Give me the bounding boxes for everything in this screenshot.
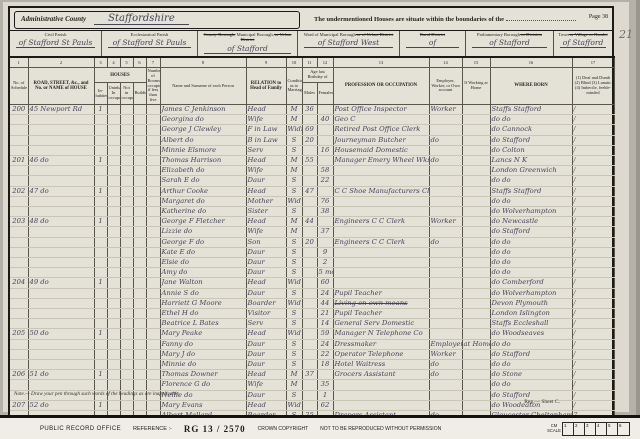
cell-inh	[94, 349, 107, 359]
cell-sched	[10, 125, 28, 135]
table-row: Florence G doWifeM35do do/	[10, 380, 614, 390]
cell-rooms	[146, 319, 160, 329]
cell-occ: Pupil Teacher	[333, 308, 429, 318]
cell-tick: /	[572, 196, 614, 206]
column-number: 16	[490, 57, 572, 68]
cell-ageM	[302, 268, 317, 278]
cell-emp	[429, 400, 462, 410]
cell-cond: S	[286, 339, 302, 349]
table-row: Katherine doSisterS38do Wolverhampton/	[10, 206, 614, 216]
cell-tick: /	[572, 288, 614, 298]
cell-rooms	[146, 155, 160, 165]
cell-sched: 203	[10, 217, 28, 227]
table-row: Beatrice L BatesServS14General Serv Dome…	[10, 319, 614, 329]
cell-rel: Sister	[246, 206, 286, 216]
cell-o5	[120, 359, 133, 369]
cell-tick: /	[572, 186, 614, 196]
cell-ageM	[302, 288, 317, 298]
cell-o5	[120, 380, 133, 390]
cell-sched: 205	[10, 329, 28, 339]
cell-o6	[133, 268, 146, 278]
cell-occ	[333, 380, 429, 390]
cell-o4	[107, 370, 120, 380]
column-number: 13	[333, 57, 429, 68]
cell-road	[28, 206, 94, 216]
cell-born: do do	[490, 196, 572, 206]
cell-ageM: 55	[302, 155, 317, 165]
cell-o4	[107, 115, 120, 125]
cell-emp	[429, 186, 462, 196]
cell-name: Mary J do	[160, 349, 246, 359]
cell-emp: do	[429, 370, 462, 380]
cell-o4	[107, 319, 120, 329]
cell-occ: Hotel Waitress	[333, 359, 429, 369]
cell-o4	[107, 145, 120, 155]
cell-o5	[120, 135, 133, 145]
cell-emp	[429, 145, 462, 155]
cell-name: Lizzie do	[160, 227, 246, 237]
cell-home	[462, 257, 490, 267]
cell-o4	[107, 288, 120, 298]
top-header-band: Administrative County Staffordshire The …	[10, 8, 612, 30]
cell-o6	[133, 349, 146, 359]
cell-cond: S	[286, 206, 302, 216]
cell-born: do do	[490, 176, 572, 186]
table-row: 20550 do1Mary PeakeHeadWid59Manager N Te…	[10, 329, 614, 339]
cell-occ	[333, 227, 429, 237]
cell-born: do Stafford	[490, 349, 572, 359]
cell-occ	[333, 257, 429, 267]
cell-cond: S	[286, 308, 302, 318]
cell-emp	[429, 257, 462, 267]
cell-emp	[429, 380, 462, 390]
cell-sched	[10, 196, 28, 206]
cell-tick: /	[572, 319, 614, 329]
cell-rel: Daur	[246, 359, 286, 369]
column-number: 2	[28, 57, 94, 68]
cell-name: Albert do	[160, 135, 246, 145]
column-number: 1	[10, 57, 28, 68]
cell-born: do do	[490, 380, 572, 390]
cell-rel: Head	[246, 400, 286, 410]
cell-occ: Pupil Teacher	[333, 288, 429, 298]
cell-cond: S	[286, 390, 302, 400]
admin-county-value: Staffordshire	[94, 13, 189, 25]
column-number: 10	[286, 57, 302, 68]
cell-ageF: 60	[317, 278, 333, 288]
cell-emp: Worker	[429, 104, 462, 114]
cell-o4	[107, 135, 120, 145]
cell-born: Lancs N K	[490, 155, 572, 165]
cell-emp	[429, 176, 462, 186]
cell-born: do Woodseaves	[490, 329, 572, 339]
cell-o4	[107, 268, 120, 278]
cell-o4	[107, 166, 120, 176]
cell-ageM	[302, 145, 317, 155]
cell-name: Mary Evans	[160, 400, 246, 410]
column-numbers-row: 1234567891011121314151617	[10, 57, 614, 68]
cell-emp	[429, 206, 462, 216]
cell-rooms	[146, 135, 160, 145]
cell-cond: S	[286, 237, 302, 247]
cell-rooms	[146, 339, 160, 349]
cell-o5	[120, 104, 133, 114]
cell-o4	[107, 196, 120, 206]
cell-ageF: 37	[317, 227, 333, 237]
cell-born: Devon Plymouth	[490, 298, 572, 308]
cell-tick: /	[572, 278, 614, 288]
crown-copyright-label: CROWN COPYRIGHT	[258, 426, 309, 432]
cell-inh: 1	[94, 155, 107, 165]
cell-home: at Home	[462, 339, 490, 349]
col-header-males: Males	[302, 83, 317, 104]
sheet-reference: Reg.— Sheet C.	[524, 399, 560, 405]
district-value: of Stafford West	[304, 38, 393, 48]
cell-ageM	[302, 227, 317, 237]
cm-scale-label: CM SCALE	[546, 424, 562, 433]
cell-emp	[429, 247, 462, 257]
cell-emp	[429, 268, 462, 278]
cell-name: Arthur Cooke	[160, 186, 246, 196]
cell-o6	[133, 370, 146, 380]
cell-tick: /	[572, 176, 614, 186]
col-header-infirm: (1) Deaf and Dumb (2) Blind (3) Lunatic …	[572, 68, 614, 105]
cell-o5	[120, 125, 133, 135]
table-row: Sarah E doDaurS22do do/	[10, 176, 614, 186]
cm-scale: CM SCALE 123456	[546, 422, 630, 436]
cell-ageM	[302, 247, 317, 257]
cell-o6	[133, 196, 146, 206]
cell-rel: Head	[246, 186, 286, 196]
cell-road	[28, 227, 94, 237]
cell-o6	[133, 186, 146, 196]
column-number: 3	[94, 57, 107, 68]
cell-occ	[333, 400, 429, 410]
cell-o4	[107, 349, 120, 359]
cell-sched	[10, 298, 28, 308]
scale-tick: 6	[618, 423, 629, 435]
column-number: 4	[107, 57, 120, 68]
cell-rel: Visitor	[246, 308, 286, 318]
cell-emp	[429, 278, 462, 288]
col-header-females: Females	[317, 83, 333, 104]
district-label: Parliamentary Borough or Division	[468, 32, 551, 37]
cell-occ: Living on own means	[333, 298, 429, 308]
cell-road: 50 do	[28, 329, 94, 339]
cell-tick: /	[572, 359, 614, 369]
table-row: Annie S doDaurS24Pupil Teacherdo Wolverh…	[10, 288, 614, 298]
cell-name: Georgina do	[160, 115, 246, 125]
cell-ageF: 14	[317, 319, 333, 329]
cell-o5	[120, 288, 133, 298]
cell-home	[462, 176, 490, 186]
cell-ageM: 37	[302, 370, 317, 380]
cell-ageM	[302, 308, 317, 318]
district-label: Rural District	[402, 32, 463, 37]
cell-tick: /	[572, 237, 614, 247]
cell-name: Thomas Harrison	[160, 155, 246, 165]
cell-tick: /	[572, 329, 614, 339]
cell-ageF: 24	[317, 288, 333, 298]
cell-home	[462, 237, 490, 247]
column-headers-row-1: No. of Schedule ROAD, STREET, &c., and N…	[10, 68, 614, 83]
cell-occ	[333, 247, 429, 257]
cell-name: Elsie do	[160, 257, 246, 267]
table-row: Harriett G MooreBoarderWid44Living on ow…	[10, 298, 614, 308]
cell-cond: S	[286, 349, 302, 359]
cell-road	[28, 166, 94, 176]
cell-o6	[133, 400, 146, 410]
census-rows: 20045 Newport Rd1James C JenkinsonHeadM3…	[10, 104, 614, 420]
cell-o5	[120, 196, 133, 206]
cell-o4	[107, 298, 120, 308]
cell-home	[462, 390, 490, 400]
cell-ageF: 16	[317, 145, 333, 155]
col-header-employer: Employer, Worker, or Own account	[429, 68, 462, 105]
cell-road: 52 do	[28, 400, 94, 410]
cell-name: George J Clewley	[160, 125, 246, 135]
cell-inh	[94, 247, 107, 257]
cell-rooms	[146, 257, 160, 267]
district-label: Ecclesiastical Parish	[104, 32, 195, 37]
district-boxes-row: Civil Parishof Stafford St PaulsEcclesia…	[10, 30, 612, 56]
cell-inh	[94, 135, 107, 145]
cell-born: do Stone	[490, 370, 572, 380]
cell-ageM: 20	[302, 135, 317, 145]
cell-o6	[133, 288, 146, 298]
cell-rel: Head	[246, 217, 286, 227]
cell-home	[462, 125, 490, 135]
cell-emp: do	[429, 237, 462, 247]
cell-ageM: 20	[302, 237, 317, 247]
cell-emp	[429, 298, 462, 308]
district-value: of Stafford	[204, 44, 291, 54]
cell-cond: S	[286, 319, 302, 329]
cell-ageF: 35	[317, 380, 333, 390]
cell-rel: Daur	[246, 247, 286, 257]
cell-cond: Wid	[286, 329, 302, 339]
district-label: County Borough, Municipal Borough, or Ur…	[200, 32, 295, 43]
cell-home	[462, 104, 490, 114]
cell-o5	[120, 319, 133, 329]
cell-tick: /	[572, 390, 614, 400]
cell-inh	[94, 115, 107, 125]
cell-o6	[133, 104, 146, 114]
cell-sched	[10, 349, 28, 359]
cell-road	[28, 298, 94, 308]
cell-name: Margaret do	[160, 196, 246, 206]
cell-road	[28, 308, 94, 318]
cell-road: 45 Newport Rd	[28, 104, 94, 114]
cell-o6	[133, 115, 146, 125]
cell-o6	[133, 298, 146, 308]
cell-rel: Daur	[246, 268, 286, 278]
cell-ageF: 44	[317, 298, 333, 308]
cell-o6	[133, 329, 146, 339]
cell-o4	[107, 359, 120, 369]
district-box: Town or Village or Hamletof Stafford	[554, 31, 612, 56]
district-value: of Stafford	[560, 38, 606, 48]
cell-sched	[10, 268, 28, 278]
table-row: Minnie ElsmoreServS16Housemaid Domesticd…	[10, 145, 614, 155]
cell-emp: Worker	[429, 217, 462, 227]
col-header-schedule: No. of Schedule	[10, 68, 28, 105]
page-edge-shadow	[636, 0, 640, 439]
cell-name: Harriett G Moore	[160, 298, 246, 308]
cell-born: do Cannock	[490, 125, 572, 135]
cell-inh	[94, 206, 107, 216]
table-row: 20449 do1Jane WaltonHeadWid60do Comberfo…	[10, 278, 614, 288]
cell-road	[28, 359, 94, 369]
cell-ageF: 40	[317, 115, 333, 125]
cell-o5	[120, 278, 133, 288]
table-row: Fanny doDaurS24DressmakerEmployerat Home…	[10, 339, 614, 349]
cell-rooms	[146, 186, 160, 196]
cell-ageF: 21	[317, 308, 333, 318]
cell-home	[462, 227, 490, 237]
cell-o5	[120, 227, 133, 237]
cell-road	[28, 319, 94, 329]
cell-inh	[94, 176, 107, 186]
public-record-office-strip: PUBLIC RECORD OFFICE REFERENCE :- RG 13 …	[0, 415, 640, 439]
district-label: Ward of Municipal Borough or of Urban Di…	[300, 32, 397, 37]
cell-sched	[10, 237, 28, 247]
cell-home	[462, 155, 490, 165]
cell-o5	[120, 400, 133, 410]
table-row: 20146 do1Thomas HarrisonHeadM55Manager E…	[10, 155, 614, 165]
scale-tick: 4	[596, 423, 607, 435]
cell-o6	[133, 339, 146, 349]
cell-emp: do	[429, 135, 462, 145]
cell-home	[462, 349, 490, 359]
cell-emp	[429, 196, 462, 206]
census-form: Administrative County Staffordshire The …	[8, 6, 614, 438]
cell-cond: M	[286, 115, 302, 125]
column-number: 11	[302, 57, 317, 68]
cell-cond: S	[286, 257, 302, 267]
cell-ageM	[302, 257, 317, 267]
cell-o6	[133, 135, 146, 145]
scale-tick: 2	[574, 423, 585, 435]
cell-rooms	[146, 268, 160, 278]
page-number: Page 38	[589, 14, 608, 20]
cell-inh	[94, 339, 107, 349]
col-header-houses: HOUSES	[94, 68, 146, 83]
cell-o4	[107, 380, 120, 390]
cell-rooms	[146, 380, 160, 390]
cell-occ: Housemaid Domestic	[333, 145, 429, 155]
cell-ageF	[317, 186, 333, 196]
cell-o5	[120, 206, 133, 216]
table-row: Margaret doMotherWid76do do/	[10, 196, 614, 206]
column-number: 17	[572, 57, 614, 68]
cell-name: George F do	[160, 237, 246, 247]
reproduction-notice: NOT TO BE REPRODUCED WITHOUT PERMISSION	[320, 426, 441, 432]
cell-o4	[107, 308, 120, 318]
cell-home	[462, 370, 490, 380]
cell-inh	[94, 145, 107, 155]
cell-occ: Grocers Assistant	[333, 370, 429, 380]
cell-sched: 207	[10, 400, 28, 410]
cell-sched	[10, 288, 28, 298]
cell-o5	[120, 176, 133, 186]
cell-home	[462, 217, 490, 227]
cell-cond: S	[286, 268, 302, 278]
cell-occ	[333, 176, 429, 186]
cell-occ	[333, 390, 429, 400]
cell-ageF: 18	[317, 359, 333, 369]
col-header-building: Building	[133, 83, 146, 104]
cell-tick: /	[572, 104, 614, 114]
col-header-born: WHERE BORN	[490, 68, 572, 105]
cell-born: do do	[490, 257, 572, 267]
cell-rel: F in Law	[246, 125, 286, 135]
cell-ageF	[317, 104, 333, 114]
table-row: Lizzie doWifeM37do Stafford/	[10, 227, 614, 237]
cell-tick: /	[572, 125, 614, 135]
cell-sched	[10, 247, 28, 257]
cell-rooms	[146, 166, 160, 176]
col-header-inhabited: In-habited	[94, 83, 107, 104]
cell-home	[462, 380, 490, 390]
cell-inh	[94, 268, 107, 278]
cell-rel: Daur	[246, 176, 286, 186]
cell-o6	[133, 237, 146, 247]
cell-tick: /	[572, 257, 614, 267]
cell-ageF	[317, 135, 333, 145]
cell-o5	[120, 298, 133, 308]
cell-occ	[333, 206, 429, 216]
cell-o5	[120, 217, 133, 227]
cell-inh: 1	[94, 400, 107, 410]
table-row: Kate E doDaurS9do do/	[10, 247, 614, 257]
cell-rooms	[146, 196, 160, 206]
cell-sched: 204	[10, 278, 28, 288]
cell-rooms	[146, 298, 160, 308]
col-header-rooms: Number of Rooms occupied if less than fi…	[146, 68, 160, 105]
cell-tick: /	[572, 339, 614, 349]
cell-o5	[120, 145, 133, 155]
district-value: of Stafford St Pauls	[108, 38, 191, 48]
cell-rooms	[146, 359, 160, 369]
cell-name: Sarah E do	[160, 176, 246, 186]
cell-cond: S	[286, 135, 302, 145]
cell-cond: Wid	[286, 278, 302, 288]
cell-sched	[10, 308, 28, 318]
cell-inh	[94, 196, 107, 206]
cell-born: do do	[490, 237, 572, 247]
cell-born: Staffs Eccleshall	[490, 319, 572, 329]
cell-sched	[10, 135, 28, 145]
district-box: Ward of Municipal Borough or of Urban Di…	[298, 31, 400, 56]
cell-ageF: 58	[317, 166, 333, 176]
cell-o6	[133, 125, 146, 135]
cell-ageM	[302, 166, 317, 176]
cell-ageM	[302, 115, 317, 125]
cell-rooms	[146, 329, 160, 339]
cell-born: do do	[490, 359, 572, 369]
cell-road	[28, 125, 94, 135]
cell-o6	[133, 227, 146, 237]
cell-road	[28, 145, 94, 155]
cell-o5	[120, 329, 133, 339]
cell-occ: Manager N Telephone Co	[333, 329, 429, 339]
cell-o6	[133, 206, 146, 216]
cell-emp	[429, 319, 462, 329]
cell-inh	[94, 166, 107, 176]
cell-o5	[120, 257, 133, 267]
cell-rooms	[146, 104, 160, 114]
